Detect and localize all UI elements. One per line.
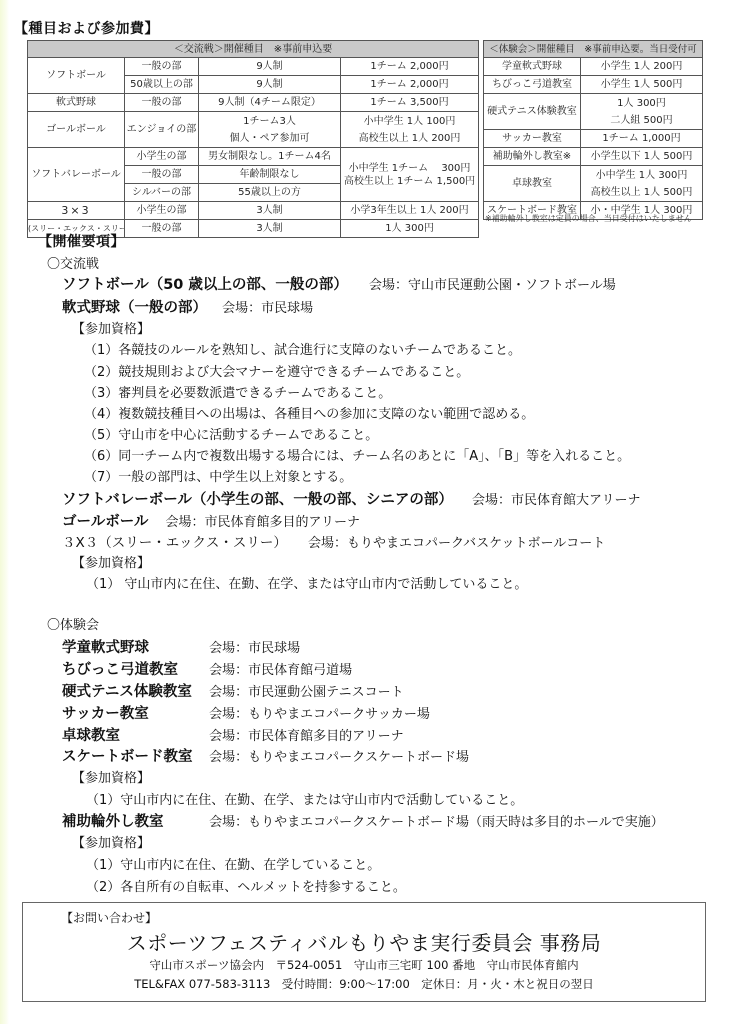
qualification-item: （1） 守山市内に在住、在勤、在学、または守山市内で活動していること。 [86, 573, 527, 592]
event-name: ソフトボール（50 歳以上の部、一般の部） [62, 277, 348, 293]
venue: 会場：もりやまエコパークサッカー場 [209, 707, 430, 722]
division-cell: 一般の部 [125, 94, 199, 112]
event-name: 硬式テニス体験教室 [62, 680, 204, 701]
softvolley-line: ソフトバレーボール（小学生の部、一般の部、シニアの部） 会場：市民体育館大アリー… [62, 488, 641, 509]
format-cell: 9人制 [199, 58, 341, 76]
table-row: ゴールボール エンジョイの部 1チーム3人 個人・ペア参加可 小中学生 1人 1… [28, 112, 479, 148]
event-name: 卓球教室 [62, 724, 204, 745]
experience-item: サッカー教室 会場：もりやまエコパークサッカー場 [62, 702, 430, 723]
fee-cell: 小中学生 1チーム 300円 高校生以上 1チーム 1,500円 [341, 148, 479, 202]
table-row: 3×3 小学生の部 3人制 小学3年生以上 1人 200円 [28, 202, 479, 220]
venue: 会場：市民体育館大アリーナ [472, 493, 640, 508]
table-row: ソフトバレーボール 小学生の部 男女制限なし。1チーム4名 小中学生 1チーム … [28, 148, 479, 166]
fee-section-title: 【種目および参加費】 [14, 18, 159, 38]
table-row: 学童軟式野球 小学生 1人 200円 [484, 58, 703, 76]
fee-cell: 小学3年生以上 1人 200円 [341, 202, 479, 220]
experience-table-header: ＜体験会＞開催種目 ※事前申込要。当日受付可 [484, 41, 703, 58]
format-cell: 9人制（4チーム限定） [199, 94, 341, 112]
fee-line: 小中学生 1チーム 300円 [341, 162, 478, 175]
event-cell: ちびっこ弓道教室 [484, 76, 581, 94]
baseball-line: 軟式野球（一般の部） 会場：市民球場 [62, 296, 313, 317]
experience-fee-table: ＜体験会＞開催種目 ※事前申込要。当日受付可 学童軟式野球 小学生 1人 200… [483, 40, 703, 220]
division-cell: 一般の部 [125, 220, 199, 238]
venue: 会場：もりやまエコパークバスケットボールコート [308, 536, 605, 551]
fee-cell: 1人 300円 [341, 220, 479, 238]
table-row: 卓球教室 小中学生 1人 300円 高校生以上 1人 500円 [484, 166, 703, 202]
venue: 会場：市民体育館弓道場 [209, 663, 352, 678]
fee-cell: 1チーム 1,000円 [581, 130, 703, 148]
threex3-line: ３X３（スリー・エックス・スリー） 会場：もりやまエコパークバスケットボールコー… [62, 531, 605, 551]
experience-item: スケートボード教室 会場：もりやまエコパークスケートボード場 [62, 745, 469, 766]
venue: 会場：市民体育館多目的アリーナ [209, 729, 403, 744]
softball-line: ソフトボール（50 歳以上の部、一般の部） 会場：守山市民運動公園・ソフトボール… [62, 273, 616, 294]
exchange-table-header: ＜交流戦＞開催種目 ※事前申込要 [28, 41, 479, 58]
table-row: サッカー教室 1チーム 1,000円 [484, 130, 703, 148]
division-cell: 50歳以上の部 [125, 76, 199, 94]
format-line: 1チーム3人 [199, 113, 340, 130]
fee-cell: 1チーム 2,000円 [341, 58, 479, 76]
event-cell: 卓球教室 [484, 166, 581, 202]
experience-item: ちびっこ弓道教室 会場：市民体育館弓道場 [62, 658, 352, 679]
event-cell: ソフトボール [28, 58, 125, 94]
division-cell: 一般の部 [125, 58, 199, 76]
experience-heading: 〇体験会 [47, 614, 99, 633]
venue: 会場：もりやまエコパークスケートボード場（雨天時は多目的ホールで実施） [209, 815, 664, 830]
event-cell: 3×3 [28, 202, 125, 220]
qualification-label: 【参加資格】 [72, 832, 150, 851]
format-cell: 3人制 [199, 202, 341, 220]
event-name: 軟式野球（一般の部） [62, 300, 207, 316]
fee-line: 高校生以上 1人 500円 [581, 184, 702, 201]
contact-label: 【お問い合わせ】 [61, 909, 157, 926]
qualification-item: （7）一般の部門は、中学生以上対象とする。 [84, 466, 352, 485]
fee-line: 小中学生 1人 300円 [581, 167, 702, 184]
contact-phone-hours: TEL&FAX 077-583-3113 受付時間：9:00～17:00 定休日… [23, 976, 705, 992]
fee-line: 高校生以上 1人 200円 [341, 130, 478, 147]
event-name: スケートボード教室 [62, 745, 204, 766]
event-name: ちびっこ弓道教室 [62, 658, 204, 679]
format-cell: 9人制 [199, 76, 341, 94]
event-cell: 軟式野球 [28, 94, 125, 112]
format-cell: 1チーム3人 個人・ペア参加可 [199, 112, 341, 148]
division-cell: シルバーの部 [125, 184, 199, 202]
qualification-label: 【参加資格】 [72, 767, 150, 786]
contact-address: 守山市スポーツ協会内 〒524-0051 守山市三宅町 100 番地 守山市民体… [23, 957, 705, 973]
contact-box: 【お問い合わせ】 スポーツフェスティバルもりやま実行委員会 事務局 守山市スポー… [22, 902, 706, 1002]
fee-line: 高校生以上 1チーム 1,500円 [341, 175, 478, 188]
fee-cell: 小中学生 1人 300円 高校生以上 1人 500円 [581, 166, 703, 202]
table-row: 補助輪外し教室※ 小学生以下 1人 500円 [484, 148, 703, 166]
fee-cell: 小学生 1人 200円 [581, 58, 703, 76]
event-cell: ソフトバレーボール [28, 148, 125, 202]
left-edge-strip [0, 0, 9, 1024]
fee-cell: 1チーム 2,000円 [341, 76, 479, 94]
event-name: サッカー教室 [62, 702, 204, 723]
table-row: ソフトボール 一般の部 9人制 1チーム 2,000円 [28, 58, 479, 76]
guidelines-section-title: 【開催要項】 [38, 231, 125, 251]
fee-cell: 小学生以下 1人 500円 [581, 148, 703, 166]
event-cell: サッカー教室 [484, 130, 581, 148]
format-cell: 55歳以上の方 [199, 184, 341, 202]
goalball-line: ゴールボール 会場：市民体育館多目的アリーナ [62, 510, 360, 531]
event-name: ３X３（スリー・エックス・スリー） [62, 535, 287, 551]
division-cell: 小学生の部 [125, 202, 199, 220]
venue: 会場：市民体育館多目的アリーナ [166, 515, 360, 530]
exchange-fee-table: ＜交流戦＞開催種目 ※事前申込要 ソフトボール 一般の部 9人制 1チーム 2,… [27, 40, 479, 238]
division-cell: エンジョイの部 [125, 112, 199, 148]
training-wheels-line: 補助輪外し教室 会場：もりやまエコパークスケートボード場（雨天時は多目的ホールで… [62, 810, 664, 831]
experience-item: 学童軟式野球 会場：市民球場 [62, 636, 300, 657]
qualification-item: （1）各競技のルールを熟知し、試合進行に支障のないチームであること。 [84, 339, 521, 358]
division-cell: 一般の部 [125, 166, 199, 184]
fee-line: 1人 300円 [581, 95, 702, 112]
event-cell: 硬式テニス体験教室 [484, 94, 581, 130]
division-cell: 小学生の部 [125, 148, 199, 166]
qualification-label: 【参加資格】 [72, 552, 150, 571]
fee-cell: 小学生 1人 500円 [581, 76, 703, 94]
event-cell: 補助輪外し教室※ [484, 148, 581, 166]
venue: 会場：市民球場 [209, 641, 300, 656]
event-cell: ゴールボール [28, 112, 125, 148]
qualification-label: 【参加資格】 [72, 318, 150, 337]
event-name: ソフトバレーボール（小学生の部、一般の部、シニアの部） [62, 492, 453, 508]
qualification-item: （2）競技規則および大会マナーを遵守できるチームであること。 [84, 361, 469, 380]
table-row: 軟式野球 一般の部 9人制（4チーム限定） 1チーム 3,500円 [28, 94, 479, 112]
format-cell: 男女制限なし。1チーム4名 [199, 148, 341, 166]
format-line: 個人・ペア参加可 [199, 130, 340, 147]
qualification-item: （1）守山市内に在住、在勤、在学、または守山市内で活動していること。 [86, 789, 523, 808]
qualification-item: （4）複数競技種目への出場は、各種目への参加に支障のない範囲で認める。 [84, 403, 534, 422]
table-row: 硬式テニス体験教室 1人 300円 二人組 500円 [484, 94, 703, 130]
format-cell: 3人制 [199, 220, 341, 238]
experience-item: 硬式テニス体験教室 会場：市民運動公園テニスコート [62, 680, 404, 701]
fee-cell: 小中学生 1人 100円 高校生以上 1人 200円 [341, 112, 479, 148]
venue: 会場：守山市民運動公園・ソフトボール場 [369, 278, 616, 293]
event-name: ゴールボール [62, 514, 148, 530]
qualification-item: （6）同一チーム内で複数出場する場合には、チーム名のあとに「A」、「B」等を入れ… [84, 445, 630, 464]
format-cell: 年齢制限なし [199, 166, 341, 184]
experience-footnote: ※補助輪外し教室は定員の場合、当日受付はいたしません [485, 213, 692, 224]
qualification-item: （1）守山市内に在住、在勤、在学していること。 [86, 854, 380, 873]
exchange-heading: 〇交流戦 [47, 253, 99, 272]
qualification-item: （5）守山市を中心に活動するチームであること。 [84, 424, 378, 443]
qualification-item: （3）審判員を必要数派遣できるチームであること。 [84, 382, 391, 401]
fee-line: 小中学生 1人 100円 [341, 113, 478, 130]
contact-title: スポーツフェスティバルもりやま実行委員会 事務局 [23, 927, 705, 956]
fee-line: 二人組 500円 [581, 112, 702, 129]
venue: 会場：もりやまエコパークスケートボード場 [209, 750, 469, 765]
venue: 会場：市民球場 [222, 301, 313, 316]
fee-cell: 1人 300円 二人組 500円 [581, 94, 703, 130]
venue: 会場：市民運動公園テニスコート [209, 685, 403, 700]
event-name: 学童軟式野球 [62, 636, 204, 657]
experience-item: 卓球教室 会場：市民体育館多目的アリーナ [62, 724, 404, 745]
event-name: 補助輪外し教室 [62, 810, 204, 831]
table-row: ちびっこ弓道教室 小学生 1人 500円 [484, 76, 703, 94]
fee-cell: 1チーム 3,500円 [341, 94, 479, 112]
qualification-item: （2）各自所有の自転車、ヘルメットを持参すること。 [86, 876, 406, 895]
event-cell: 学童軟式野球 [484, 58, 581, 76]
